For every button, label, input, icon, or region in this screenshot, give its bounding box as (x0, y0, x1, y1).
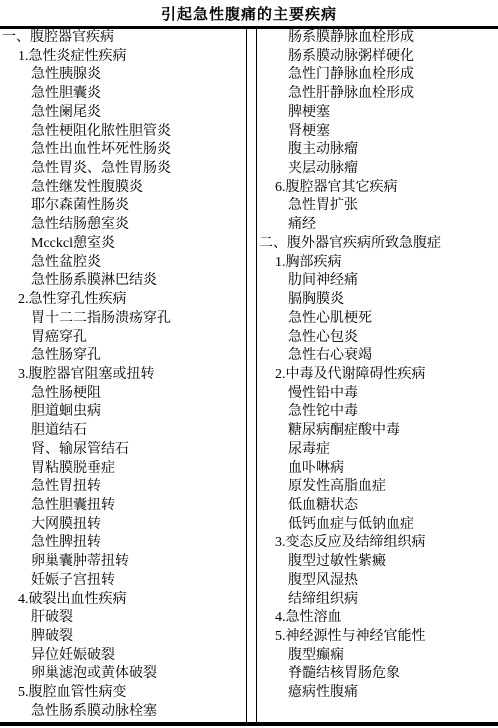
list-item: 脊髓结核胃肠危象 (257, 665, 498, 684)
list-item: 急性门静脉血栓形成 (257, 66, 498, 85)
list-item: 急性胰腺炎 (0, 66, 246, 85)
list-item: 原发性高脂血症 (257, 478, 498, 497)
list-item: 低钙血症与低钠血症 (257, 516, 498, 535)
list-item: 夹层动脉瘤 (257, 160, 498, 179)
list-item: 肾、输尿管结石 (0, 441, 246, 460)
disease-table: 一、腹腔器官疾病1.急性炎症性疾病急性胰腺炎急性胆囊炎急性阑尾炎急性梗阻化脓性胆… (0, 26, 498, 726)
list-item: 脾梗塞 (257, 104, 498, 123)
list-item: 急性心肌梗死 (257, 310, 498, 329)
list-item: 肋间神经痛 (257, 272, 498, 291)
list-item: 急性铊中毒 (257, 403, 498, 422)
list-item: 慢性铅中毒 (257, 385, 498, 404)
list-item: 一、腹腔器官疾病 (0, 29, 246, 48)
list-item: 急性肝静脉血栓形成 (257, 85, 498, 104)
list-item: Mcckcl憩室炎 (0, 235, 246, 254)
list-item: 急性结肠憩室炎 (0, 216, 246, 235)
list-item: 急性肠梗阻 (0, 385, 246, 404)
list-item: 4.急性溶血 (257, 609, 498, 628)
list-item: 急性脾扭转 (0, 534, 246, 553)
list-item: 二、腹外器官疾病所致急腹症 (257, 235, 498, 254)
list-item: 血卟啉病 (257, 460, 498, 479)
list-item: 3.腹腔器官阻塞或扭转 (0, 366, 246, 385)
list-item: 5.神经源性与神经官能性 (257, 628, 498, 647)
list-item: 异位妊娠破裂 (0, 647, 246, 666)
page-title: 引起急性腹痛的主要疾病 (0, 0, 498, 26)
list-item: 耶尔森菌性肠炎 (0, 197, 246, 216)
list-item: 腹型风湿热 (257, 572, 498, 591)
list-item: 4.破裂出血性疾病 (0, 591, 246, 610)
list-item: 胃癌穿孔 (0, 329, 246, 348)
list-item: 肠系膜动脉粥样硬化 (257, 48, 498, 67)
list-item: 尿毒症 (257, 441, 498, 460)
list-item: 糖尿病酮症酸中毒 (257, 422, 498, 441)
list-item: 急性出血性坏死性肠炎 (0, 141, 246, 160)
column-divider (247, 29, 257, 722)
list-item: 2.中毒及代谢障碍性疾病 (257, 366, 498, 385)
list-item: 腹主动脉瘤 (257, 141, 498, 160)
list-item: 胆道结石 (0, 422, 246, 441)
list-item: 急性肠系膜动脉栓塞 (0, 703, 246, 722)
list-item: 痛经 (257, 216, 498, 235)
list-item: 结缔组织病 (257, 591, 498, 610)
list-item: 腹型过敏性紫癜 (257, 553, 498, 572)
list-item: 急性胃炎、急性胃肠炎 (0, 160, 246, 179)
table-column-left: 一、腹腔器官疾病1.急性炎症性疾病急性胰腺炎急性胆囊炎急性阑尾炎急性梗阻化脓性胆… (0, 29, 247, 722)
list-item: 急性肠系膜淋巴结炎 (0, 272, 246, 291)
list-item: 急性肠穿孔 (0, 347, 246, 366)
list-item: 大网膜扭转 (0, 516, 246, 535)
list-item: 急性胃扭转 (0, 478, 246, 497)
list-item: 6.腹腔器官其它疾病 (257, 179, 498, 198)
list-item: 急性继发性腹膜炎 (0, 179, 246, 198)
list-item: 胃粘膜脱垂症 (0, 460, 246, 479)
list-item: 急性胆囊炎 (0, 85, 246, 104)
list-item: 卵巢囊肿蒂扭转 (0, 553, 246, 572)
list-item: 1.胸部疾病 (257, 254, 498, 273)
list-item: 癔病性腹痛 (257, 684, 498, 703)
list-item: 胆道蛔虫病 (0, 403, 246, 422)
list-item: 1.急性炎症性疾病 (0, 48, 246, 67)
list-item: 急性心包炎 (257, 329, 498, 348)
list-item: 妊娠子宫扭转 (0, 572, 246, 591)
list-item: 腹型癫痫 (257, 647, 498, 666)
list-item: 2.急性穿孔性疾病 (0, 291, 246, 310)
list-item: 脾破裂 (0, 628, 246, 647)
list-item: 急性胆囊扭转 (0, 497, 246, 516)
document-page: 引起急性腹痛的主要疾病 一、腹腔器官疾病1.急性炎症性疾病急性胰腺炎急性胆囊炎急… (0, 0, 498, 728)
list-item: 急性胃扩张 (257, 197, 498, 216)
list-item: 胃十二二指肠溃疡穿孔 (0, 310, 246, 329)
list-item: 3.变态反应及结缔组织病 (257, 534, 498, 553)
list-item: 急性阑尾炎 (0, 104, 246, 123)
list-item: 急性右心衰竭 (257, 347, 498, 366)
list-item: 急性梗阻化脓性胆管炎 (0, 123, 246, 142)
list-item: 5.腹腔血管性病变 (0, 684, 246, 703)
list-item: 肾梗塞 (257, 123, 498, 142)
list-item: 卵巢滤泡或黄体破裂 (0, 665, 246, 684)
list-item: 肝破裂 (0, 609, 246, 628)
list-item: 急性盆腔炎 (0, 254, 246, 273)
table-column-right: 肠系膜静脉血栓形成肠系膜动脉粥样硬化急性门静脉血栓形成急性肝静脉血栓形成脾梗塞肾… (257, 29, 498, 722)
list-item: 肠系膜静脉血栓形成 (257, 29, 498, 48)
list-item: 低血糖状态 (257, 497, 498, 516)
list-item: 膈胸膜炎 (257, 291, 498, 310)
